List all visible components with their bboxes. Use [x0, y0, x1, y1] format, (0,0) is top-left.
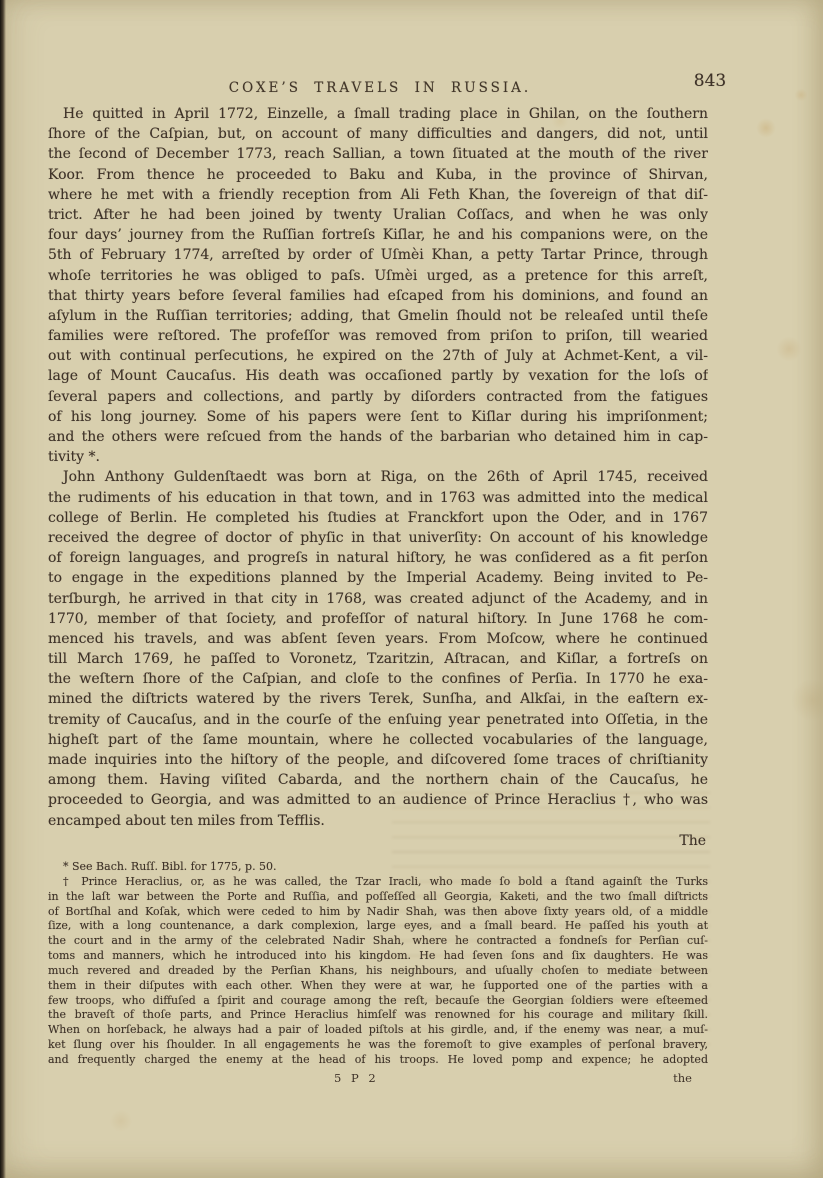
catchword-main: The: [679, 833, 706, 849]
text-line: tivity *.: [48, 447, 708, 467]
text-line: mined the diſtricts watered by the river…: [48, 689, 708, 709]
text-line: ſhore of the Caſpian, but, on account of…: [48, 124, 708, 144]
text-line: made inquiries into the hiſtory of the p…: [48, 750, 708, 770]
text-line: few troops, who diffuſed a ſpirit and co…: [48, 994, 708, 1009]
text-line: the ſecond of December 1773, reach Salli…: [48, 144, 708, 164]
footnotes: * See Bach. Ruſſ. Bibl. for 1775, p. 50.…: [48, 860, 708, 1068]
text-line: terſburgh, he arrived in that city in 17…: [48, 589, 708, 609]
text-line: ket ſlung over his ſhoulder. In all enga…: [48, 1038, 708, 1053]
text-line: them in their diſputes with each other. …: [48, 979, 708, 994]
text-line: 5th of February 1774, arreſted by order …: [48, 245, 708, 265]
text-line: and frequently charged the enemy at the …: [48, 1053, 708, 1068]
book-page: COXE’S TRAVELS IN RUSSIA. 843 He quitted…: [0, 0, 823, 1178]
running-title: COXE’S TRAVELS IN RUSSIA.: [0, 80, 760, 96]
text-line: the braveſt of thoſe parts, and Prince H…: [48, 1008, 708, 1023]
text-line: the court and in the army of the celebra…: [48, 934, 708, 949]
text-line: four days’ journey from the Ruſſian fort…: [48, 225, 708, 245]
text-line: ſize, with a long countenance, a dark co…: [48, 919, 708, 934]
text-line: where he met with a friendly reception f…: [48, 185, 708, 205]
text-line: of his long journey. Some of his papers …: [48, 407, 708, 427]
text-line: Koor. From thence he proceeded to Baku a…: [48, 165, 708, 185]
text-line: lage of Mount Caucaſus. His death was oc…: [48, 366, 708, 386]
text-line: till March 1769, he paſſed to Voronetz, …: [48, 649, 708, 669]
text-line: among them. Having viſited Cabarda, and …: [48, 770, 708, 790]
text-line: 1770, member of that ſociety, and profeſ…: [48, 609, 708, 629]
text-line: out with continual perſecutions, he expi…: [48, 346, 708, 366]
text-line: received the degree of doctor of phyſic …: [48, 528, 708, 548]
paragraph-2: John Anthony Guldenſtaedt was born at Ri…: [48, 467, 708, 830]
text-line: trict. After he had been joined by twent…: [48, 205, 708, 225]
footnote-dagger: † Prince Heraclius, or, as he was called…: [48, 875, 708, 1068]
footnote-asterisk: * See Bach. Ruſſ. Bibl. for 1775, p. 50.: [48, 860, 708, 875]
text-line: ſeveral papers and collections, and part…: [48, 387, 708, 407]
text-line: the rudiments of his education in that t…: [48, 488, 708, 508]
text-line: of foreign languages, and progreſs in na…: [48, 548, 708, 568]
catchword-row: The: [48, 831, 708, 851]
text-line: college of Berlin. He completed his ſtud…: [48, 508, 708, 528]
text-line: of Bortſhal and Koſak, which were ceded …: [48, 905, 708, 920]
text-line: tremity of Caucaſus, and in the courſe o…: [48, 710, 708, 730]
text-line: When on horſeback, he always had a pair …: [48, 1023, 708, 1038]
text-line: whoſe territories he was obliged to paſs…: [48, 266, 708, 286]
text-line: aſylum in the Ruſſian territories; addin…: [48, 306, 708, 326]
text-line: proceeded to Georgia, and was admitted t…: [48, 790, 708, 810]
text-line: toms and manners, which he introduced in…: [48, 949, 708, 964]
text-line: families were reſtored. The profeſſor wa…: [48, 326, 708, 346]
text-line: to engage in the expeditions planned by …: [48, 568, 708, 588]
main-text: He quitted in April 1772, Einzelle, a ſm…: [48, 104, 708, 851]
text-line: much revered and dreaded by the Perſian …: [48, 964, 708, 979]
catchword-bottom: the: [673, 1071, 692, 1085]
paragraph-1: He quitted in April 1772, Einzelle, a ſm…: [48, 104, 708, 467]
text-line: menced his travels, and was abſent ſeven…: [48, 629, 708, 649]
text-line: that thirty years before ſeveral familie…: [48, 286, 708, 306]
signature-row: 5 P 2 the: [48, 1071, 708, 1089]
text-line: He quitted in April 1772, Einzelle, a ſm…: [48, 104, 708, 124]
text-line: and the others were reſcued from the han…: [48, 427, 708, 447]
page-left-edge: [0, 0, 6, 1178]
text-line: † Prince Heraclius, or, as he was called…: [48, 875, 708, 890]
text-line: encamped about ten miles from Tefflis.: [48, 811, 708, 831]
text-line: in the laſt war between the Porte and Ru…: [48, 890, 708, 905]
signature-mark: 5 P 2: [334, 1071, 379, 1085]
text-line: higheſt part of the ſame mountain, where…: [48, 730, 708, 750]
text-line: the weſtern ſhore of the Caſpian, and cl…: [48, 669, 708, 689]
text-line: John Anthony Guldenſtaedt was born at Ri…: [48, 467, 708, 487]
page-number: 843: [663, 71, 757, 91]
